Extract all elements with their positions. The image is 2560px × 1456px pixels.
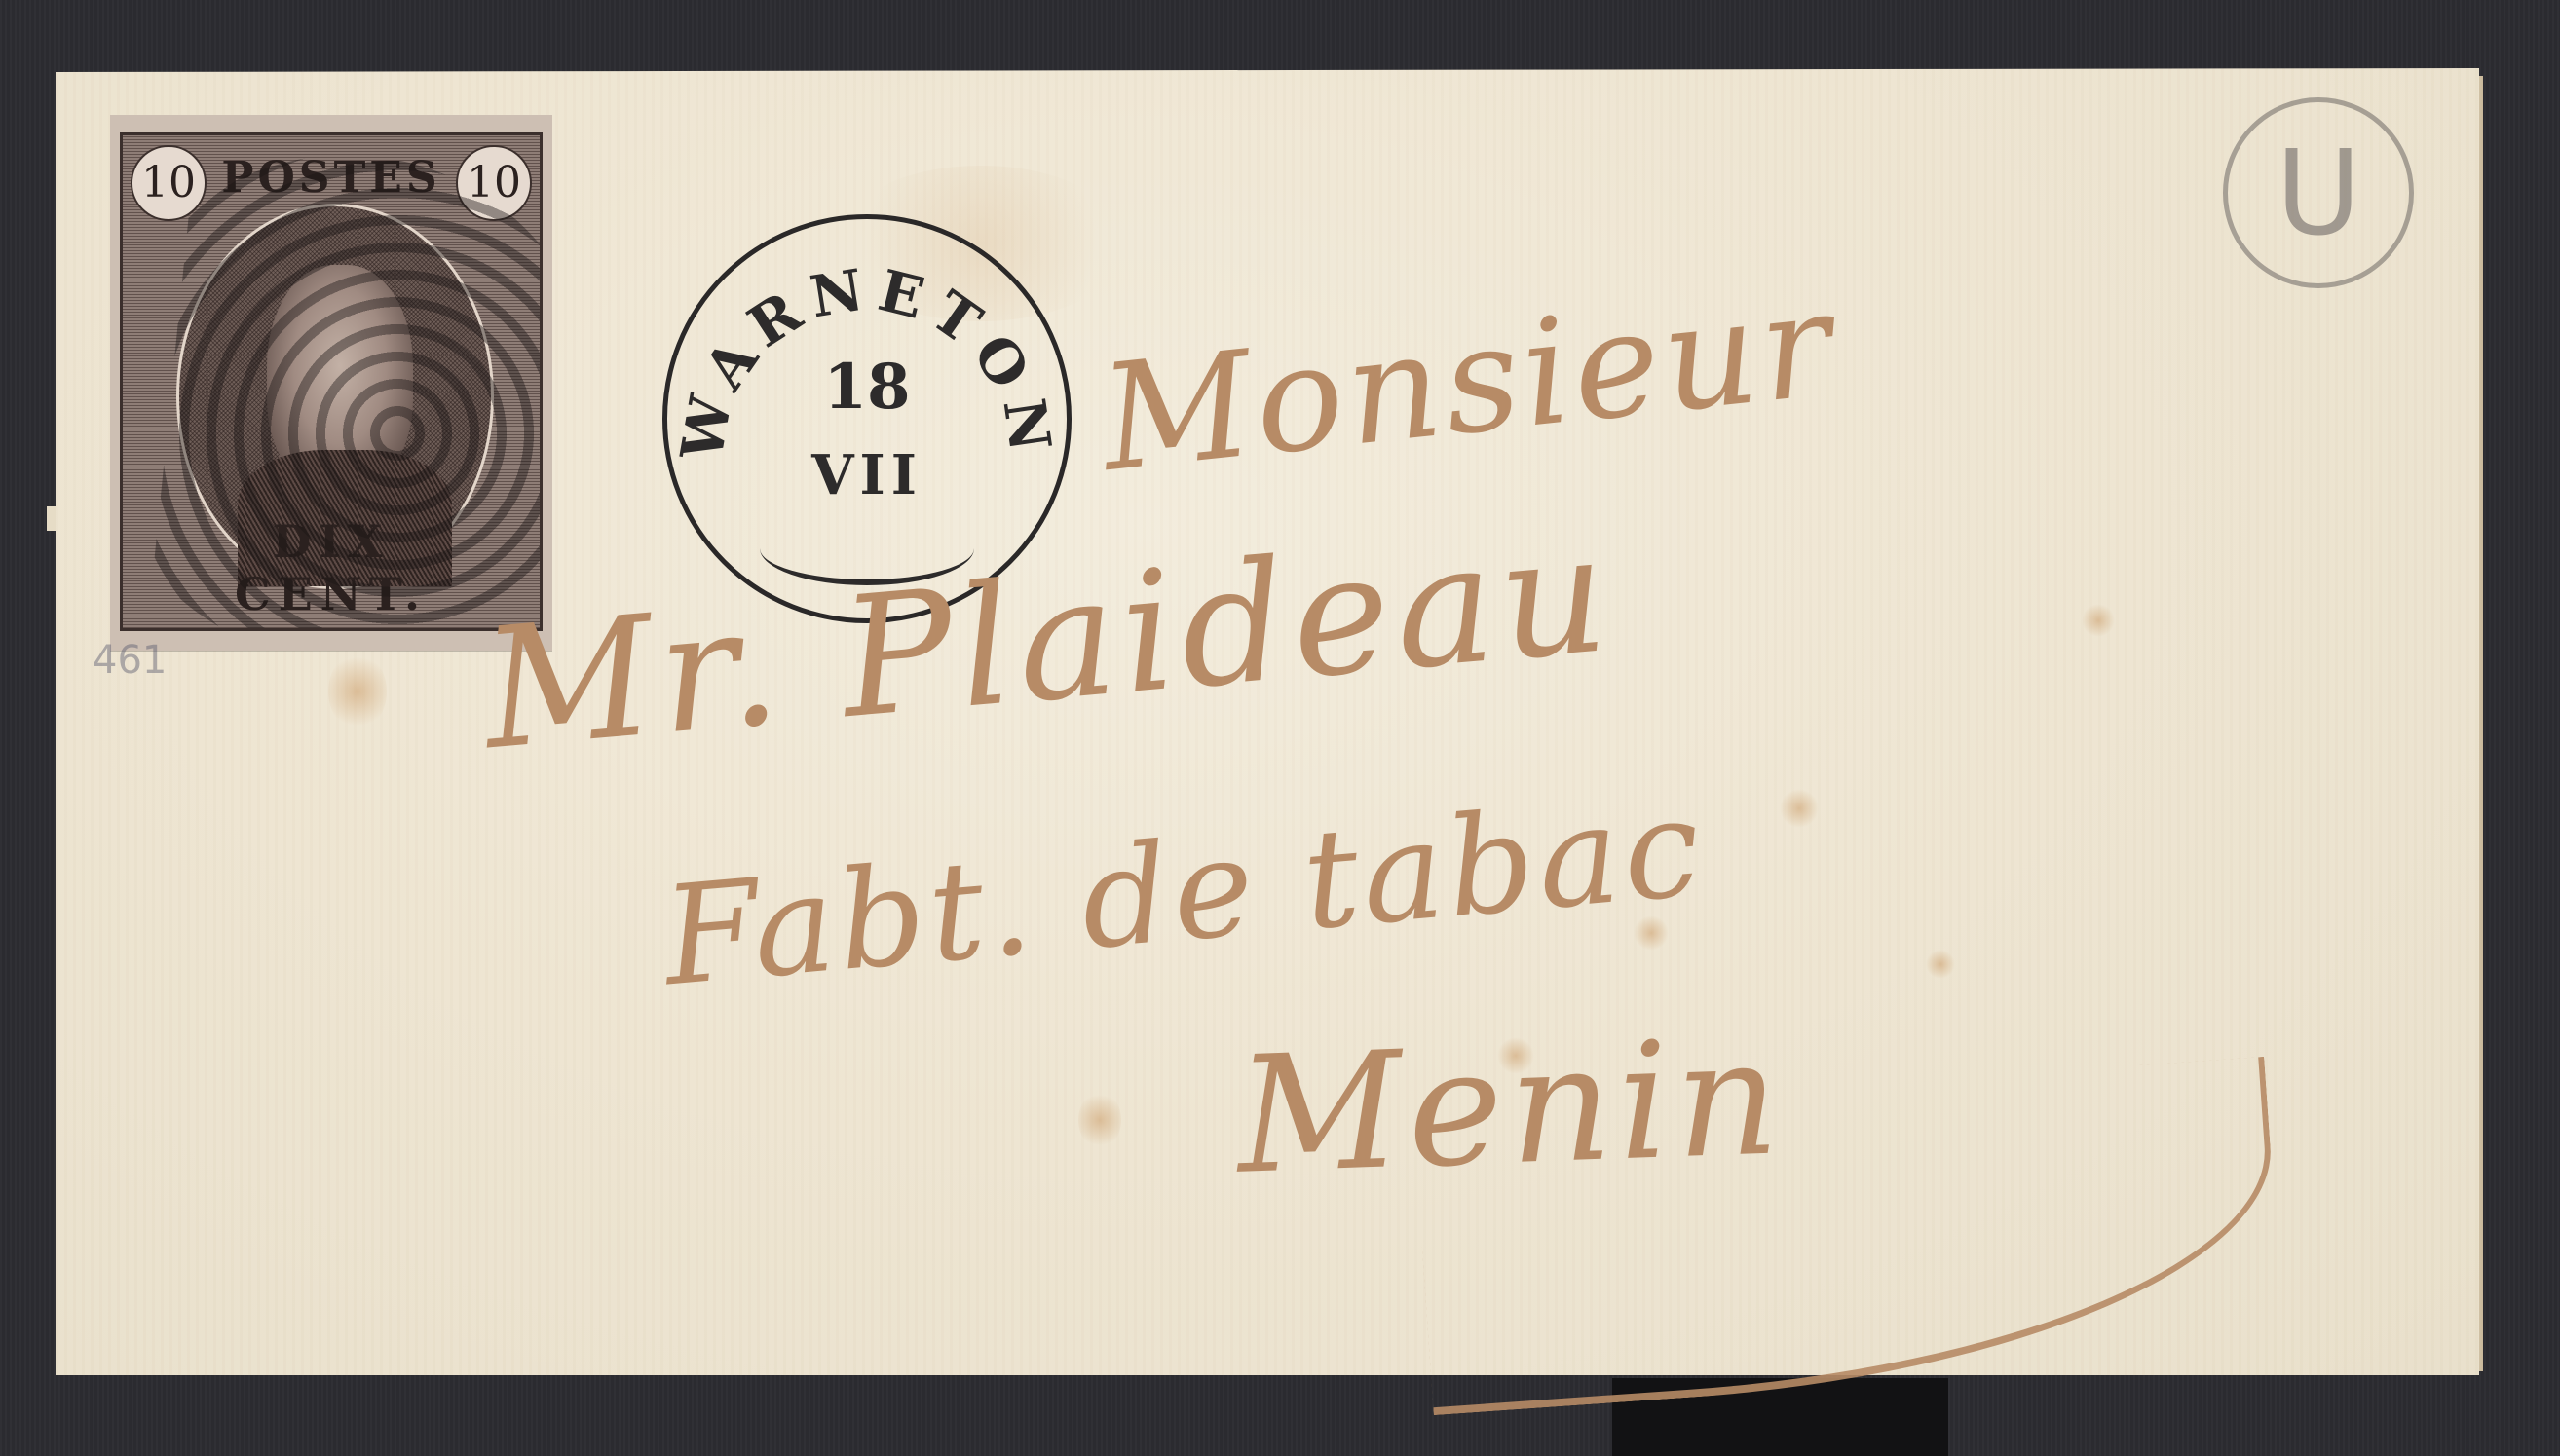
foxing-spot bbox=[1780, 789, 1819, 828]
postage-stamp: 10 POSTES 10 DIX CENT. bbox=[110, 115, 552, 651]
foxing-spot bbox=[2082, 604, 2115, 637]
postmark-month: VII bbox=[667, 443, 1067, 507]
foxing-spot bbox=[1926, 950, 1955, 979]
stamp-engraved-frame: 10 POSTES 10 DIX CENT. bbox=[120, 132, 543, 631]
rural-box-letter-mark: U bbox=[2223, 97, 2414, 288]
postmark-day: 18 bbox=[667, 351, 1067, 424]
foxing-spot bbox=[328, 653, 387, 730]
pencil-annotation: 461 bbox=[93, 638, 167, 683]
bar-cancellation-mark bbox=[120, 155, 543, 631]
foxing-spot bbox=[1078, 1091, 1121, 1149]
